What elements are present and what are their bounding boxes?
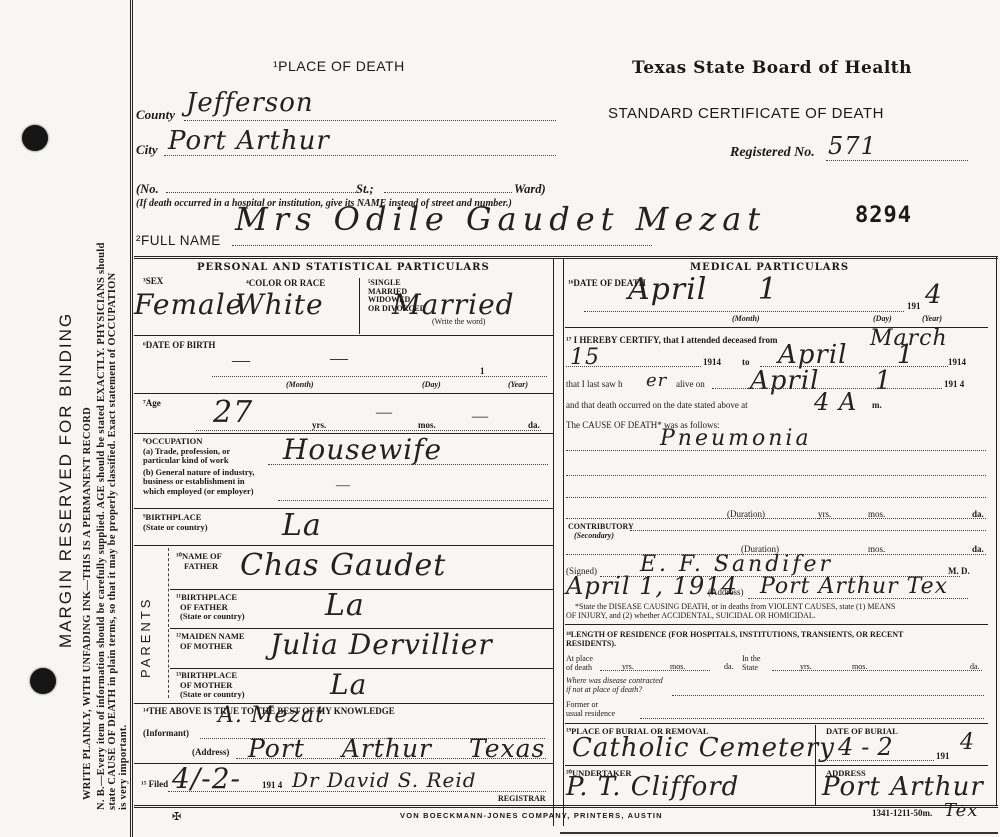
occupation-label: ⁸OCCUPATION (a) Trade, profession, or pa…	[143, 437, 255, 496]
punch-hole-bottom-icon	[30, 668, 56, 694]
marital-status-value: Married	[392, 288, 515, 321]
informant-address-label: (Address)	[192, 748, 229, 758]
certificate-title: STANDARD CERTIFICATE OF DEATH	[608, 105, 884, 122]
ward-label: Ward)	[514, 182, 546, 197]
birthplace-label: ⁹BIRTHPLACE (State or country)	[143, 513, 208, 532]
city-label: City	[136, 142, 158, 158]
place-of-death-heading: ¹PLACE OF DEATH	[273, 58, 405, 74]
attended-to-year: 1914	[948, 358, 966, 368]
form-number: 1341-1211-50m.	[872, 809, 932, 819]
printer-seal-icon: ✠	[172, 810, 181, 823]
father-birthplace-label: ¹¹BIRTHPLACE OF FATHER (State or country…	[176, 593, 245, 622]
occupation-value: Housewife	[283, 433, 442, 466]
burial-year-value: 4	[960, 730, 975, 755]
in-state-label: In the State	[742, 655, 760, 672]
county-label: County	[136, 107, 175, 123]
city-value: Port Arthur	[168, 126, 330, 156]
father-name-value: Chas Gaudet	[240, 548, 446, 583]
last-saw-pronoun: er	[646, 370, 667, 391]
punch-hole-top-icon	[22, 125, 48, 151]
margin-instruction-1: WRITE PLAINLY, WITH UNFADING INK—THIS IS…	[82, 407, 93, 800]
binding-margin: MARGIN RESERVED FOR BINDING WRITE PLAINL…	[0, 0, 132, 837]
death-certificate: MARGIN RESERVED FOR BINDING WRITE PLAINL…	[0, 0, 1000, 837]
attended-from-year: 1914	[703, 358, 721, 368]
birthplace-value: La	[282, 508, 322, 543]
date-of-death-value: April 1	[628, 272, 778, 307]
mother-name-label: ¹²MAIDEN NAME OF MOTHER	[176, 632, 245, 651]
color-value: White	[235, 288, 324, 321]
undertaker-address-value: Port Arthur	[822, 772, 984, 802]
registrar-signature: Dr David S. Reid	[292, 768, 477, 792]
mother-name-value: Julia Dervillier	[270, 628, 493, 661]
full-name-label: ²FULL NAME	[136, 233, 221, 248]
contracted-label: Where was disease contracted if not at p…	[566, 677, 663, 694]
printer-imprint: VON BOECKMANN-JONES COMPANY, PRINTERS, A…	[400, 811, 663, 820]
date-of-death-year-value: 4	[925, 280, 943, 310]
death-time-label: and that death occurred on the date stat…	[566, 401, 748, 411]
board-name: Texas State Board of Health	[632, 58, 912, 78]
at-place-label: At place of death	[566, 655, 593, 672]
dob-month-value: —	[232, 350, 250, 371]
father-name-label: ¹⁰NAME OF FATHER	[176, 552, 222, 571]
margin-instruction-2: N. B.—Every item of information should b…	[96, 242, 107, 810]
physician-address-value: Port Arthur Tex	[760, 574, 948, 599]
occupation-industry-value: —	[336, 478, 350, 494]
mother-birthplace-value: La	[330, 668, 367, 701]
undertaker-value: P. T. Clifford	[566, 772, 739, 802]
dob-label: ⁶DATE OF BIRTH	[143, 341, 215, 351]
county-value: Jefferson	[186, 88, 314, 118]
margin-instruction-3: state CAUSE OF DEATH in plain terms, so …	[107, 272, 118, 810]
residence-label: ¹⁸LENGTH OF RESIDENCE (FOR HOSPITALS, IN…	[566, 631, 903, 648]
mother-birthplace-label: ¹³BIRTHPLACE OF MOTHER (State or country…	[176, 671, 245, 700]
certificate-file-number: 8294	[855, 203, 912, 228]
margin-rule	[130, 0, 133, 837]
filed-label: ¹⁵ Filed	[141, 780, 168, 790]
registered-no-label: Registered No.	[730, 145, 815, 161]
informant-value: A. Mezat	[218, 703, 325, 728]
street-label: St.;	[356, 182, 374, 197]
filed-year-value: 191 4	[262, 781, 282, 791]
footnote-cause-2: OF INJURY, and (2) whether ACCIDENTAL, S…	[566, 612, 816, 621]
registered-no-value: 571	[828, 132, 877, 160]
dob-day-value: —	[330, 348, 348, 369]
margin-reserved-title: MARGIN RESERVED FOR BINDING	[56, 312, 76, 648]
form-mark: Tex	[944, 800, 978, 821]
parents-side-label: PARENTS	[138, 597, 153, 678]
registrar-label: REGISTRAR	[498, 795, 546, 804]
full-name-value: Mrs Odile Gaudet Mezat	[235, 200, 766, 238]
age-label: ⁷Age	[143, 399, 161, 409]
sex-value: Female	[134, 288, 243, 321]
informant-label: (Informant)	[143, 729, 189, 739]
personal-particulars-heading: PERSONAL AND STATISTICAL PARTICULARS	[197, 262, 490, 273]
margin-instruction-4: is very important.	[118, 724, 129, 810]
cause-of-death-value: Pneumonia	[660, 426, 812, 451]
age-months-value: —	[376, 404, 392, 422]
burial-date-value: 4-2	[838, 733, 901, 761]
age-days-value: —	[472, 408, 488, 426]
death-time-value: 4 A	[814, 388, 857, 416]
burial-place-value: Catholic Cemetery	[572, 733, 835, 763]
father-birthplace-value: La	[325, 588, 365, 623]
sex-label: ³SEX	[143, 277, 163, 287]
street-no-label: (No.	[136, 182, 159, 197]
contributory-hint: (Secondary)	[574, 532, 614, 541]
former-residence-label: Former or usual residence	[566, 701, 615, 718]
age-years-value: 27	[213, 395, 253, 430]
last-saw-year: 191 4	[944, 380, 964, 390]
